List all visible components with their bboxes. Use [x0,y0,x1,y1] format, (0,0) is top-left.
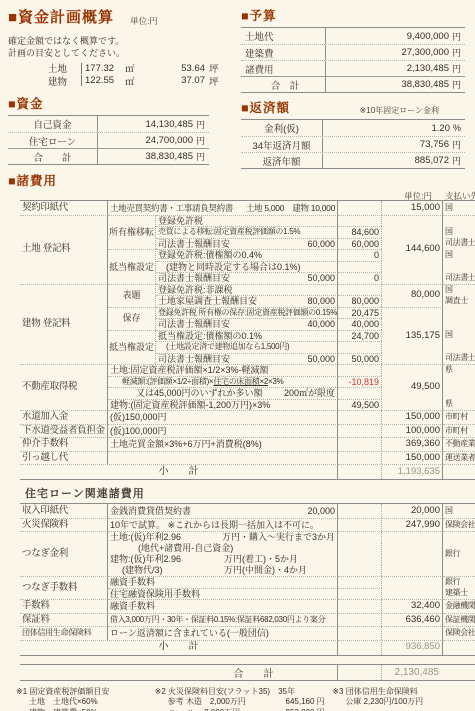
budget-title: ■予算 [241,6,469,24]
item-cell: 契約印紙代 [20,201,108,215]
desc-text: 司法書士報酬目安 [158,273,230,284]
amount-cell: 20,475 [338,307,382,319]
footnote-value: 953,820 円 [286,708,325,711]
footnote-text: 参考 木造 2,000万円 [168,697,246,708]
footnote-head: ※1 固定資産税評価額目安 [16,687,155,698]
table-row: 住宅ローン 24,700,000円 [8,132,209,148]
item-cell: 収入印紙代 [20,504,108,518]
subtotal-value: 1,193,635 [382,464,443,479]
area-tsubo-unit: 坪 [209,74,219,88]
expenses-table: 契約印紙代 土地売買契約書・工事請負契約書土地 5,000 建物 10,000 … [20,200,475,480]
payee-cell: 市町村 [443,410,475,424]
loan-section-title: 住宅ローン関連諸費用 [25,485,469,501]
row-unit: 円 [452,46,461,59]
payee-cell [443,464,475,479]
desc-cell: 融資手数料 [108,599,338,613]
item-cell: 仲介手数料 [20,437,108,451]
row-label: 建築費 [241,45,326,60]
desc-cell: (仮)150,000円 [108,410,338,424]
row-unit: 円 [452,62,461,75]
desc-cell: 登録免許税:非課税 [156,284,338,296]
disclaimer-line: 計画の目安としてください。 [8,48,241,60]
row-value: 2,130,485 [407,63,449,74]
grand-total-row: 合 計 2,130,485 [20,664,475,681]
footnotes: ※1 固定資産税評価額目安 土地 土地代×60% 建物 建築費×50% ※2 火… [16,687,469,711]
area-sqm: 177.32 [81,63,125,74]
payee-cell: 不動産業者 [443,437,475,451]
repayment-table: 金利(仮) 1.20% 34年返済月額 73,756円 返済年額 885,072… [241,119,465,169]
total-row: 合 計 38,830,485円 [241,76,465,92]
desc-note: 200㎡が限度 [284,388,335,399]
disclaimer-line: 確定金額ではなく概算です。 [8,36,241,48]
desc-text: 万円・購入〜実行まで3か月 [222,532,335,543]
row-unit: 円 [196,150,205,163]
guide-amount: 20,000 [307,506,335,517]
row-unit: 円 [452,138,461,151]
amount-cell: 49,500 [338,399,382,411]
amount-cell [338,576,382,588]
desc-cell: (建物と同時設定する場合は0.1%) [156,261,338,273]
subtotal-cell: 636,460 [382,613,443,627]
amount-cell [338,565,382,576]
payee-cell: 司法書士 [443,272,475,284]
grand-total-label: 合 計 [20,665,338,680]
row-value: 14,130,485 [145,119,193,130]
desc-cell: 10年で試算。 ※これからは長期一括加入は不可に。 [108,518,338,532]
footnote-line: 参考 木造 2,000万円645,160 円 [155,697,325,708]
amount-cell [338,261,382,273]
amount-cell [338,364,382,376]
amount-cell [338,531,382,543]
item-cell: つなぎ手数料 [20,576,108,599]
subtotal-cell: 144,600 [382,215,443,284]
desc-text: 万円(中間金)・4か月 [224,565,307,576]
unit-label: 単位:円 [404,190,432,202]
sub-cell: 所有権移転 [108,215,156,250]
desc-cell: 抵当権設定:債権額の0.1% [156,330,338,342]
payee-cell: 金融機関 [443,599,475,613]
payee-cell: 県 [443,399,475,411]
desc-text: 土地:(仮)年利2.96 [110,532,222,543]
row-label: 金利(仮) [241,120,323,136]
guide-amount: 50,000 [307,354,335,365]
area-row-building: 建物 122.55 ㎡ 37.07 坪 [8,75,241,88]
row-value: 38,830,485 [401,79,449,90]
item-cell: 下水道受益者負担金 [20,424,108,438]
amount-cell [338,665,382,680]
row-value: 885,072 [415,155,449,166]
desc-cell: 住宅融資保険用手数料 [108,588,338,600]
amount-cell [338,613,382,627]
subtotal-cell: 15,000 [382,201,443,215]
subtotal-cell [382,531,443,576]
row-label: 合 計 [241,77,326,92]
footnote-head: ※2 火災保険料目安(フラット35) 35年 [155,687,333,698]
subtotal-cell: 49,500 [382,364,443,410]
budget-table: 土地代 9,400,000円 建築費 27,300,000円 諸費用 2,130… [241,27,465,93]
desc-cell: 売買による移転:固定資産税評価額の1.5% [156,226,338,238]
sub-cell: 抵当権設定 [108,249,156,284]
footnote-line: 建物 建築費×50% [16,708,155,711]
row-unit: 円 [452,154,461,167]
footnote-value: 645,160 円 [286,697,325,708]
row-value: 1.20 [431,123,450,134]
loan-expenses-table: 収入印紙代 金銭消費貸借契約書20,000 20,000 国 火災保険料 10年… [20,503,475,656]
desc-cell: 司法書士報酬目安60,000 [156,238,338,250]
item-cell: 火災保険料 [20,518,108,532]
subtotal-cell: 32,400 [382,599,443,613]
area-summary: 土地 177.32 ㎡ 53.64 坪 建物 122.55 ㎡ 37.07 坪 [8,62,241,87]
row-unit: 円 [196,134,205,147]
desc-text: 金銭消費貸借契約書 [110,506,191,517]
table-row: 金利(仮) 1.20% [241,120,465,136]
row-label: 自己資金 [8,116,98,132]
row-value: 9,400,000 [407,31,449,42]
row-label: 諸費用 [241,61,326,76]
row-unit: 円 [452,30,461,43]
table-row: 自己資金 14,130,485円 [8,116,209,132]
amount-cell [338,588,382,600]
desc-cell: 司法書士報酬目安50,000 [156,272,338,284]
desc-cell: 土地家屋調査士報酬目安80,000 [156,295,338,307]
amount-cell [338,543,382,554]
total-row: 合 計 38,830,485円 [8,148,209,164]
subtotal-cell: 369,360 [382,437,443,451]
desc-text: 又は45,000円のいずれか多い額 [136,388,263,399]
item-cell: 水道加入金 [20,410,108,424]
footnote-2: ※2 火災保険料目安(フラット35) 35年 参考 木造 2,000万円645,… [155,687,333,711]
payee-cell [443,640,475,655]
footnote-text: 〃 〃 3,000万円 [168,708,240,711]
table-row: 返済年額 885,072円 [241,152,465,168]
item-cell: つなぎ金利 [20,531,108,576]
expenses-title: ■諸費用 [8,171,469,189]
payee-cell: 建築士 [443,588,475,600]
amount-cell [338,215,382,227]
desc-cell: ローン返済額に含まれている(一般団信) [108,626,338,640]
desc-cell: 登録免許税:債権額の0.4% [156,249,338,261]
payee-cell: 国 [443,201,475,215]
sub-cell: 抵当権設定 [108,330,156,365]
subtotal-cell: 100,000 [382,424,443,438]
table-row: 建築費 27,300,000円 [241,44,465,60]
row-unit: 円 [196,118,205,131]
amount-cell [338,424,382,438]
row-label: 返済年額 [241,153,323,168]
payee-cell: 国 [443,330,475,342]
guide-amount: 50,000 [307,273,335,284]
amount-cell: 0 [338,272,382,284]
amount-cell [338,626,382,640]
desc-cell: 金銭消費貸借契約書20,000 [108,504,338,518]
desc-text: 建物:(仮)年利2.96 [110,554,224,565]
area-sqm-unit: ㎡ [125,74,149,88]
amount-cell: 60,000 [338,238,382,250]
amount-cell: 0 [338,249,382,261]
amount-cell [338,554,382,565]
amount-cell [338,451,382,465]
payee-cell: 銀行 [443,531,475,576]
area-sqm: 122.55 [81,75,125,86]
row-label: 34年返済月額 [241,137,323,152]
payee-cell: 司法書士 [443,238,475,250]
item-cell: 不動産取得税 [20,364,108,410]
payee-cell: 銀行 [443,576,475,588]
desc-cell [108,451,338,465]
payee-header: 支払い先 [445,190,475,202]
guide-amount: 土地 5,000 建物 10,000 [246,203,335,214]
expenses-table-header: 単位:円 支払い先 [20,189,475,200]
area-tsubo: 53.64 [149,63,205,74]
subtotal-cell: 20,000 [382,504,443,518]
payee-cell [443,215,475,227]
funds-title: ■資金 [8,94,241,112]
desc-text: 司法書士報酬目安 [158,239,230,250]
footnote-3: ※3 団体信用生命保険料 公庫 2,230円/100万円 [332,687,469,711]
amount-cell [338,599,382,613]
footnote-line: 土地 土地代×60% [16,697,155,708]
desc-cell: 借入3,000万円・30年・保証料0.15%:保証料682,030円より案分 [108,613,338,627]
payee-cell: 調査士 [443,295,475,307]
row-label: 住宅ローン [8,133,98,148]
subtotal-label: 小 計 [20,464,338,479]
item-cell: 引っ越し代 [20,451,108,465]
unit-label: 単位:円 [130,15,158,27]
item-cell: 土地 登記料 [20,215,108,284]
sub-cell: 表題 [108,284,156,307]
table-row: 34年返済月額 73,756円 [241,136,465,152]
desc-cell: 司法書士報酬目安50,000 [156,353,338,365]
desc-cell: 土地売買契約書・工事請負契約書土地 5,000 建物 10,000 [108,201,338,215]
item-cell: 建物 登記料 [20,284,108,365]
payee-cell: 運送業者 [443,451,475,465]
amount-cell: 50,000 [338,353,382,365]
amount-cell [338,504,382,518]
desc-cell: 又は45,000円のいずれか多い額200㎡が限度 [108,387,338,399]
payee-cell: 市町村 [443,424,475,438]
row-value: 24,700,000 [145,135,193,146]
desc-cell: 建物:(固定資産税評価額-1,200万円)×3% [108,399,338,411]
amount-cell [338,437,382,451]
payee-cell: 国 [443,226,475,238]
amount-cell [338,284,382,296]
row-unit: % [453,123,461,133]
payee-cell: 保険会社 [443,626,475,640]
amount-cell [338,640,382,655]
desc-cell: 融資手数料 [108,576,338,588]
row-label: 土地代 [241,28,326,44]
desc-cell: 登録免許税 [156,215,338,227]
amount-cell: 84,600 [338,226,382,238]
amount-cell: -10,819 [338,376,382,388]
amount-cell [338,410,382,424]
amount-cell [338,201,382,215]
guide-amount: 80,000 [307,296,335,307]
area-row-land: 土地 177.32 ㎡ 53.64 坪 [8,62,241,75]
row-unit: 円 [452,78,461,91]
payee-cell: 国 [443,504,475,518]
table-row: 諸費用 2,130,485円 [241,60,465,76]
amount-cell [338,518,382,532]
desc-cell: 土地売買金額×3%+6万円+消費税(8%) [108,437,338,451]
payee-cell: 国 [443,284,475,296]
item-cell: 団体信用生命保険料 [20,626,108,640]
footnote-1: ※1 固定資産税評価額目安 土地 土地代×60% 建物 建築費×50% [16,687,155,711]
desc-cell: 登録免許税 所有権の保存:固定資産税評価額の0.15% [156,307,338,319]
row-value: 38,830,485 [145,151,193,162]
area-label: 建物 [48,74,81,88]
desc-cell: 軽減額:(評価額×1/2÷面積)×住宅の床面積×2×3% [108,376,338,388]
amount-cell [338,341,382,353]
subtotal-cell: 80,000 [382,284,443,307]
row-value: 27,300,000 [401,47,449,58]
area-tsubo: 37.07 [149,75,205,86]
desc-text: 万円(着工)・5か月 [224,554,298,565]
page-title: ■資金計画概算 [8,6,114,27]
payee-cell: 司法書士 [443,353,475,365]
page: ■資金計画概算 単位:円 確定金額ではなく概算です。 計画の目安としてください。… [0,0,475,711]
subtotal-label: 小 計 [20,640,338,655]
desc-cell: 建物:(仮)年利2.96万円(着工)・5か月 [108,554,338,565]
item-cell: 手数料 [20,599,108,613]
amount-cell: 80,000 [338,295,382,307]
subtotal-cell: 150,000 [382,451,443,465]
sub-cell: 保存 [108,307,156,330]
subtotal-cell [382,576,443,599]
subtotal-value: 936,850 [382,640,443,655]
amount-cell [338,387,382,399]
desc-cell: 土地:固定資産税評価額×1/2×3%-軽減額 [108,364,338,376]
desc-text: 司法書士報酬目安 [158,354,230,365]
desc-text: (建物代/3) [110,565,224,576]
desc-cell: (建物代/3)万円(中間金)・4か月 [108,565,338,576]
payee-cell: 保証機関 [443,613,475,627]
grand-total-value: 2,130,485 [382,665,443,680]
desc-cell: (仮)100,000円 [108,424,338,438]
payee-cell: 保険会社 [443,518,475,532]
disclaimer: 確定金額ではなく概算です。 計画の目安としてください。 [8,36,241,59]
desc-cell: (地代+諸費用-自己資金) [108,543,338,554]
amount-cell: 40,000 [338,318,382,330]
repayment-title: ■返済額 [241,98,290,116]
subtotal-cell: 150,000 [382,410,443,424]
table-row: 土地代 9,400,000円 [241,28,465,44]
payee-cell [443,307,475,319]
desc-cell: 司法書士報酬目安40,000 [156,318,338,330]
repayment-note: ※10年固定ローン金利 [360,105,439,116]
funds-table: 自己資金 14,130,485円 住宅ローン 24,700,000円 合 計 3… [8,115,209,165]
row-value: 73,756 [420,139,449,150]
amount-cell: 24,700 [338,330,382,342]
desc-text: 司法書士報酬目安 [158,319,230,330]
desc-cell: (土地設定済で建物追加なら1,500円) [156,341,338,353]
footnote-head: ※3 団体信用生命保険料 [332,687,469,698]
guide-amount: 60,000 [307,239,335,250]
subtotal-cell: 135,175 [382,307,443,365]
guide-amount: 40,000 [307,319,335,330]
footnote-line: 〃 〃 3,000万円953,820 円 [155,708,325,711]
footnote-line: 公庫 2,230円/100万円 [332,697,469,708]
desc-text: 軽減額:(評価額×1/2÷面積)× [122,377,213,388]
desc-text: 土地売買契約書・工事請負契約書 [110,203,233,214]
row-label: 合 計 [8,149,98,164]
desc-underlined: 住宅の床面積×2 [213,377,268,388]
item-cell: 保証料 [20,613,108,627]
payee-cell: 国 [443,249,475,261]
top-section: ■資金計画概算 単位:円 確定金額ではなく概算です。 計画の目安としてください。… [8,6,469,169]
payee-cell [443,665,475,680]
amount-cell [338,464,382,479]
subtotal-cell: 247,990 [382,518,443,532]
desc-text: 土地家屋調査士報酬目安 [158,296,257,307]
payee-cell: 県 [443,364,475,376]
desc-text: ×3% [268,377,283,388]
desc-cell: 土地:(仮)年利2.96万円・購入〜実行まで3か月 [108,531,338,543]
subtotal-cell [382,626,443,640]
